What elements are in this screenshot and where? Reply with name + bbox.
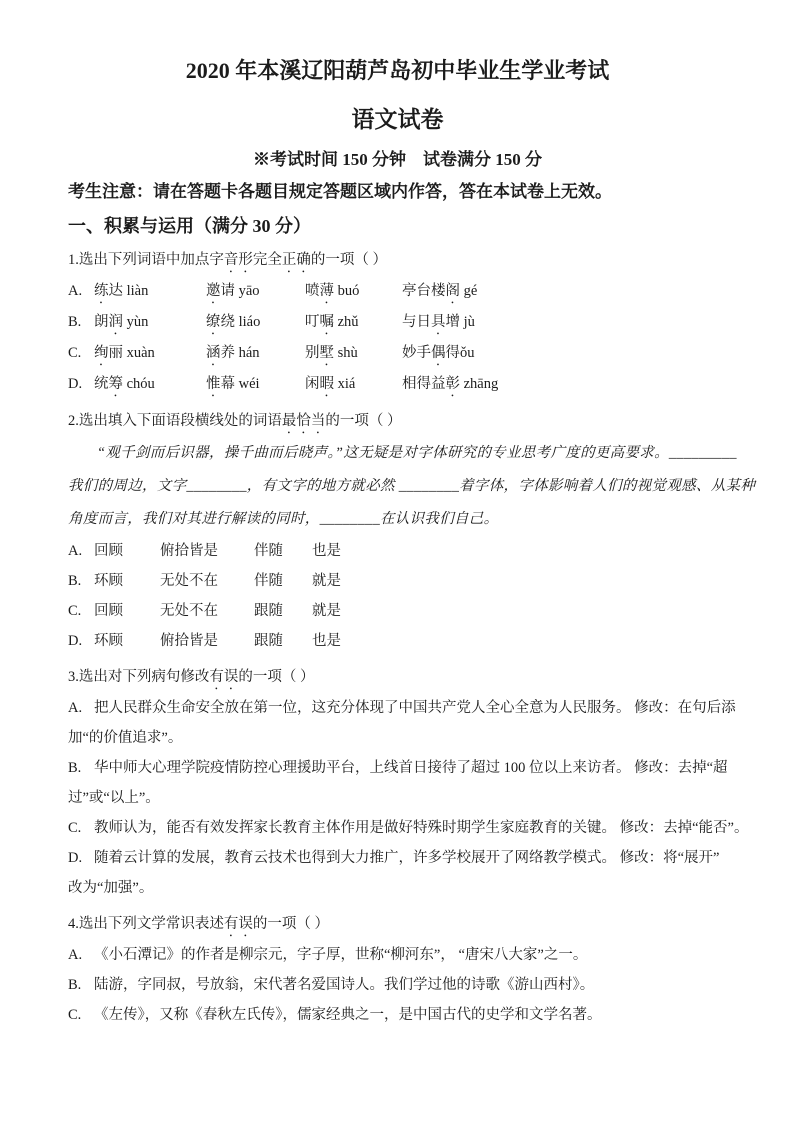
word-choice: 回顾 bbox=[94, 536, 160, 566]
q1-stem-text: 1.选出下列词语中加点字 bbox=[68, 252, 224, 268]
word-choice: 回顾 bbox=[94, 596, 160, 626]
word-choice: 环顾 bbox=[94, 566, 160, 596]
option-text: 《左传》，又称《春秋左氏传》，儒家经典之一，是中国古代的史学和文学名著。 bbox=[94, 1007, 602, 1023]
pinyin: liàn bbox=[123, 283, 148, 299]
exam-duration-score-info: ※考试时间 150 分钟 试卷满分 150 分 bbox=[68, 148, 727, 172]
hanzi-dotted: 嘱 bbox=[320, 314, 335, 330]
option-text: 随着云计算的发展，教育云技术也得到大力推广，许多学校展开了网络教学模式。 修改：… bbox=[94, 850, 720, 866]
q4-stem-text: 4.选出下列文学常识表述 bbox=[68, 916, 224, 932]
q4-stem-text: 的一项（ ） bbox=[253, 916, 329, 932]
option-label: C. bbox=[68, 338, 94, 368]
word-item: 邀请 yāo bbox=[206, 276, 305, 307]
q2-stem-text: 的一项（ ） bbox=[325, 413, 401, 429]
q3-option-c: C.教师认为，能否有效发挥家长教育主体作用是做好特殊时期学生家庭教育的关键。 修… bbox=[68, 813, 758, 843]
option-label: D. bbox=[68, 369, 94, 399]
hanzi: 幕 bbox=[221, 376, 236, 392]
hanzi-dotted: 具 bbox=[431, 314, 446, 330]
q1-stem-dotted-text: 正确 bbox=[282, 252, 311, 268]
option-label: C. bbox=[68, 596, 94, 626]
option-label: B. bbox=[68, 753, 94, 783]
option-label: D. bbox=[68, 843, 94, 873]
q3-stem-dotted-text: 有误 bbox=[209, 669, 238, 685]
q2-passage-line: 角度而言，我们对其进行解读的同时，________在认识我们自己。 bbox=[68, 503, 758, 536]
word-choice: 就是 bbox=[312, 603, 341, 619]
pinyin: jù bbox=[460, 314, 475, 330]
hanzi: 闲 bbox=[305, 376, 320, 392]
word-item: 叮嘱 zhǔ bbox=[305, 307, 402, 338]
hanzi-dotted: 练 bbox=[94, 283, 109, 299]
pinyin: chóu bbox=[123, 376, 155, 392]
q3-stem-text: 的一项（ ） bbox=[238, 669, 314, 685]
option-label: C. bbox=[68, 813, 94, 843]
hanzi-dotted: 缭 bbox=[206, 314, 221, 330]
hanzi: 相得益 bbox=[402, 376, 446, 392]
pinyin: yùn bbox=[123, 314, 148, 330]
hanzi-dotted: 薄 bbox=[320, 283, 335, 299]
hanzi: 叮 bbox=[305, 314, 320, 330]
word-item: 相得益彰 zhāng bbox=[402, 369, 498, 400]
q2-option-row-d: D.环顾俯拾皆是跟随也是 bbox=[68, 626, 758, 656]
option-label: A. bbox=[68, 940, 94, 970]
q1-option-row-a: A.练达 liàn邀请 yāo喷薄 buó亭台楼阁 gé bbox=[68, 276, 758, 307]
q4-option-a: A.《小石潭记》的作者是柳宗元，字子厚，世称“柳河东”， “唐宋八大家”之一。 bbox=[68, 940, 758, 970]
word-item: 涵养 hán bbox=[206, 338, 305, 369]
hanzi-dotted: 偶 bbox=[431, 345, 446, 361]
option-label: A. bbox=[68, 536, 94, 566]
pinyin: hán bbox=[235, 345, 260, 361]
word-item: 闲暇 xiá bbox=[305, 369, 402, 400]
hanzi: 绕 bbox=[221, 314, 236, 330]
hanzi-dotted: 彰 bbox=[446, 376, 461, 392]
hanzi: 丽 bbox=[109, 345, 124, 361]
word-item: 练达 liàn bbox=[94, 276, 206, 307]
word-choice: 无处不在 bbox=[160, 566, 254, 596]
pinyin: yāo bbox=[235, 283, 260, 299]
option-label: A. bbox=[68, 693, 94, 723]
q1-stem-text: 的一项（ ） bbox=[311, 252, 387, 268]
option-label: C. bbox=[68, 1000, 94, 1030]
pinyin: xiá bbox=[334, 376, 355, 392]
option-text: 陆游，字同叔，号放翁，宋代著名爱国诗人。我们学过他的诗歌《游山西村》。 bbox=[94, 977, 594, 993]
word-choice: 俯拾皆是 bbox=[160, 626, 254, 656]
hanzi: 别 bbox=[305, 345, 320, 361]
q4-stem: 4.选出下列文学常识表述有误的一项（ ） bbox=[68, 909, 758, 940]
word-choice: 无处不在 bbox=[160, 596, 254, 626]
pinyin: zhǔ bbox=[334, 314, 359, 330]
word-item: 统筹 chóu bbox=[94, 369, 206, 400]
word-item: 缭绕 liáo bbox=[206, 307, 305, 338]
hanzi: 妙手 bbox=[402, 345, 431, 361]
pinyin: xuàn bbox=[123, 345, 155, 361]
q3-option-d-continued: 改为“加强”。 bbox=[68, 873, 758, 903]
hanzi: 与日 bbox=[402, 314, 431, 330]
q2-option-row-a: A.回顾俯拾皆是伴随也是 bbox=[68, 536, 758, 566]
option-text: 教师认为，能否有效发挥家长教育主体作用是做好特殊时期学生家庭教育的关键。 修改：… bbox=[94, 820, 749, 836]
pinyin: buó bbox=[334, 283, 359, 299]
word-item: 亭台楼阁 gé bbox=[402, 276, 477, 307]
hanzi-dotted: 润 bbox=[109, 314, 124, 330]
word-choice: 也是 bbox=[312, 543, 341, 559]
word-choice: 伴随 bbox=[254, 536, 312, 566]
q1-stem-text: 完全 bbox=[253, 252, 282, 268]
pinyin: zhāng bbox=[460, 376, 498, 392]
q1-stem: 1.选出下列词语中加点字音形完全正确的一项（ ） bbox=[68, 245, 758, 276]
q3-option-b: B.华中师大心理学院疫情防控心理援助平台，上线首日接待了超过 100 位以上来访… bbox=[68, 753, 758, 783]
word-item: 朗润 yùn bbox=[94, 307, 206, 338]
exam-subtitle: 语文试卷 bbox=[68, 105, 727, 135]
pinyin: ǒu bbox=[460, 345, 475, 361]
q4-option-c: C.《左传》，又称《春秋左氏传》，儒家经典之一，是中国古代的史学和文学名著。 bbox=[68, 1000, 758, 1030]
word-choice: 就是 bbox=[312, 573, 341, 589]
hanzi-dotted: 绚 bbox=[94, 345, 109, 361]
pinyin: shù bbox=[334, 345, 358, 361]
q2-option-row-b: B.环顾无处不在伴随就是 bbox=[68, 566, 758, 596]
q2-option-row-c: C.回顾无处不在跟随就是 bbox=[68, 596, 758, 626]
pinyin: gé bbox=[460, 283, 477, 299]
hanzi: 朗 bbox=[94, 314, 109, 330]
q2-stem-text: 2.选出填入下面语段横线处的词语 bbox=[68, 413, 282, 429]
option-text: 《小石潭记》的作者是柳宗元，字子厚，世称“柳河东”， “唐宋八大家”之一。 bbox=[94, 947, 587, 963]
hanzi: 亭台楼 bbox=[402, 283, 446, 299]
word-choice: 俯拾皆是 bbox=[160, 536, 254, 566]
q4-stem-dotted-text: 有误 bbox=[224, 916, 253, 932]
q1-option-row-b: B.朗润 yùn缭绕 liáo叮嘱 zhǔ与日具增 jù bbox=[68, 307, 758, 338]
q4-option-b: B.陆游，字同叔，号放翁，宋代著名爱国诗人。我们学过他的诗歌《游山西村》。 bbox=[68, 970, 758, 1000]
q1-stem-dotted-text: 音形 bbox=[224, 252, 253, 268]
option-label: D. bbox=[68, 626, 94, 656]
word-item: 惟幕 wéi bbox=[206, 369, 305, 400]
q1-option-row-c: C.绚丽 xuàn涵养 hán别墅 shù妙手偶得ǒu bbox=[68, 338, 758, 369]
word-choice: 跟随 bbox=[254, 626, 312, 656]
word-item: 妙手偶得ǒu bbox=[402, 338, 475, 369]
hanzi: 喷 bbox=[305, 283, 320, 299]
pinyin: liáo bbox=[235, 314, 260, 330]
word-choice: 伴随 bbox=[254, 566, 312, 596]
option-text: 把人民群众生命安全放在第一位，这充分体现了中国共产党人全心全意为人民服务。 修改… bbox=[94, 700, 736, 716]
option-label: B. bbox=[68, 307, 94, 337]
option-text: 华中师大心理学院疫情防控心理援助平台，上线首日接待了超过 100 位以上来访者。… bbox=[94, 760, 728, 776]
pinyin: wéi bbox=[235, 376, 260, 392]
word-choice: 也是 bbox=[312, 633, 341, 649]
q3-option-d: D.随着云计算的发展，教育云技术也得到大力推广，许多学校展开了网络教学模式。 修… bbox=[68, 843, 758, 873]
section-1-heading: 一、积累与运用（满分 30 分） bbox=[68, 213, 758, 239]
word-item: 别墅 shù bbox=[305, 338, 402, 369]
hanzi-dotted: 邀 bbox=[206, 283, 221, 299]
option-label: B. bbox=[68, 970, 94, 1000]
hanzi: 请 bbox=[221, 283, 236, 299]
hanzi: 统 bbox=[94, 376, 109, 392]
page-title: 2020 年本溪辽阳葫芦岛初中毕业生学业考试 bbox=[68, 56, 727, 86]
q3-option-a-continued: 加“的价值追求”。 bbox=[68, 723, 758, 753]
q2-stem: 2.选出填入下面语段横线处的词语最恰当的一项（ ） bbox=[68, 406, 758, 437]
hanzi: 养 bbox=[221, 345, 236, 361]
exam-paper-page: 2020 年本溪辽阳葫芦岛初中毕业生学业考试 语文试卷 ※考试时间 150 分钟… bbox=[0, 0, 793, 1030]
option-label: A. bbox=[68, 276, 94, 306]
q3-option-a: A.把人民群众生命安全放在第一位，这充分体现了中国共产党人全心全意为人民服务。 … bbox=[68, 693, 758, 723]
option-label: B. bbox=[68, 566, 94, 596]
hanzi-dotted: 暇 bbox=[320, 376, 335, 392]
word-choice: 环顾 bbox=[94, 626, 160, 656]
q3-option-b-continued: 过”或“以上”。 bbox=[68, 783, 758, 813]
hanzi-dotted: 筹 bbox=[109, 376, 124, 392]
word-item: 绚丽 xuàn bbox=[94, 338, 206, 369]
q2-passage-line: “观千剑而后识器，操千曲而后晓声。”这无疑是对字体研究的专业思考广度的更高要求。… bbox=[68, 437, 758, 470]
hanzi-dotted: 墅 bbox=[320, 345, 335, 361]
q2-stem-dotted-text: 最恰当 bbox=[282, 413, 326, 429]
q2-passage-line: 我们的周边，文字________，有文字的地方就必然 ________着字体，字… bbox=[68, 470, 758, 503]
hanzi: 得 bbox=[446, 345, 461, 361]
hanzi-dotted: 惟 bbox=[206, 376, 221, 392]
candidate-notice: 考生注意：请在答题卡各题目规定答题区域内作答，答在本试卷上无效。 bbox=[68, 180, 758, 204]
word-choice: 跟随 bbox=[254, 596, 312, 626]
q3-stem: 3.选出对下列病句修改有误的一项（ ） bbox=[68, 662, 758, 693]
word-item: 喷薄 buó bbox=[305, 276, 402, 307]
hanzi-dotted: 涵 bbox=[206, 345, 221, 361]
hanzi-dotted: 阁 bbox=[446, 283, 461, 299]
q1-option-row-d: D.统筹 chóu惟幕 wéi闲暇 xiá相得益彰 zhāng bbox=[68, 369, 758, 400]
q3-stem-text: 3.选出对下列病句修改 bbox=[68, 669, 209, 685]
hanzi: 增 bbox=[446, 314, 461, 330]
word-item: 与日具增 jù bbox=[402, 307, 475, 338]
hanzi: 达 bbox=[109, 283, 124, 299]
